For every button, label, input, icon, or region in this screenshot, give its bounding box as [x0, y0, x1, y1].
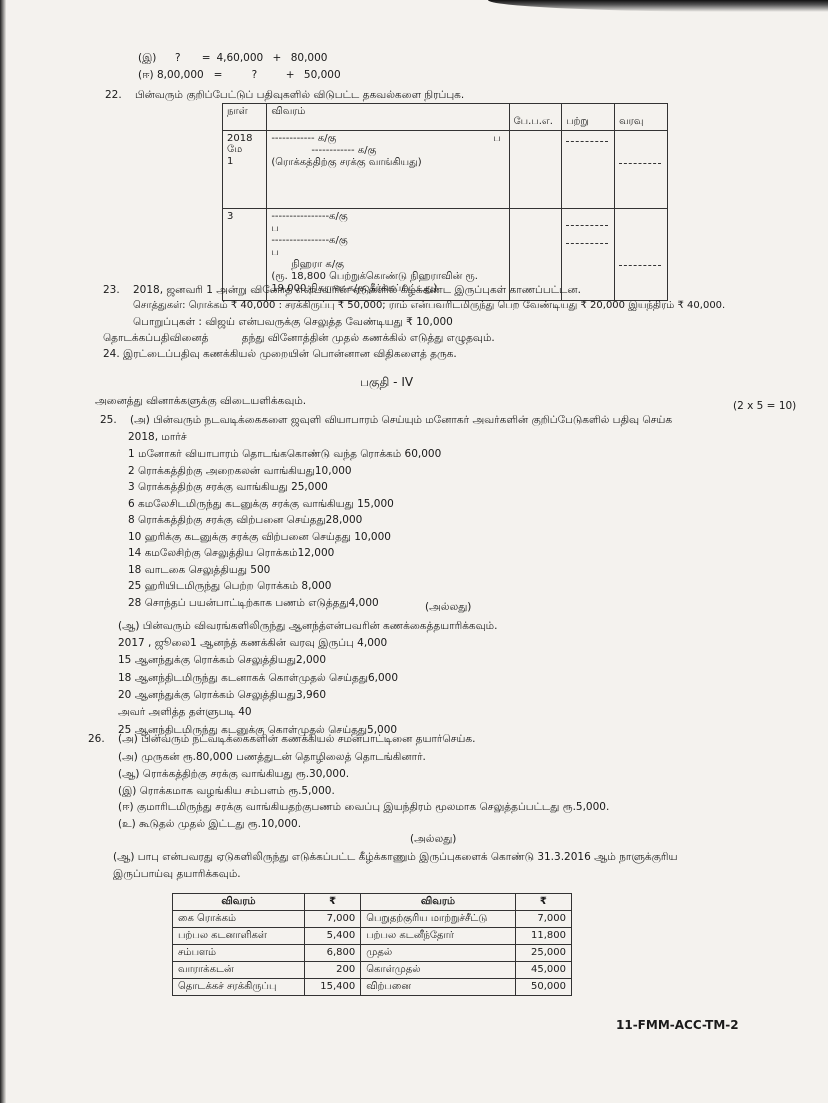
liabilities-line: பொறுப்புகள் : விஜய் என்பவருக்கு செலுத்த …	[133, 316, 453, 329]
credit-line: நிஹரா க/கு	[271, 259, 504, 271]
list-item: 18 ஆனந்திடமிருந்து கடனாகக் கொள்முதல் செய…	[118, 672, 398, 685]
debit-amount: 6,800	[304, 945, 360, 962]
journal-particulars: ------------ க/கு ப ------------ க/கு (ர…	[267, 131, 509, 209]
assets-line: சொத்துகள்: ரொக்கம் ₹ 40,000 : சரக்கிருப்…	[133, 300, 725, 312]
exam-page: (இ) ? = 4,60,000 + 80,000 (ஈ) 8,00,000 =…	[0, 0, 828, 1103]
paper-code: 11-FMM-ACC-TM-2	[616, 1018, 739, 1032]
question-text: இரட்டைப்பதிவு கணக்கியல் முறையின் பொன்னான…	[123, 348, 457, 360]
list-item: 1 மனோகர் வியாபாரம் தொடங்ககொண்டு வந்த ரொக…	[128, 448, 441, 461]
value-a: 8,00,000	[157, 69, 204, 81]
question-text: (அ) பின்வரும் நடவடிக்கைகளை ஜவுளி வியாபார…	[130, 414, 672, 426]
debit-line: ----------------க/கு	[271, 211, 504, 223]
col-credit: வரவு	[615, 104, 668, 131]
credit-cell	[615, 209, 668, 301]
list-item: 3 ரொக்கத்திற்கு சரக்கு வாங்கியது 25,000	[128, 481, 328, 494]
debit-amount: 15,400	[304, 979, 360, 996]
section-instruction: அனைத்து வினாக்களுக்கு விடையளிக்கவும்.	[95, 395, 306, 408]
credit-amount: 25,000	[515, 945, 571, 962]
question-25a: 25.(அ) பின்வரும் நடவடிக்கைகளை ஜவுளி வியா…	[100, 414, 672, 427]
list-item: 10 ஹரிக்கு கடனுக்கு சரக்கு விற்பனை செய்த…	[128, 531, 391, 544]
section-marks: (2 x 5 = 10)	[733, 400, 796, 412]
section-title: பகுதி - IV	[360, 375, 413, 391]
list-item: (உ) கூடுதல் முதல் இட்டது ரூ.10,000.	[118, 818, 301, 831]
question-22: 22.பின்வரும் குறிப்பேட்டுப் பதிவுகளில் வ…	[105, 89, 464, 102]
list-item: 25 ஹரியிடமிருந்து பெற்ற ரொக்கம் 8,000	[128, 580, 331, 593]
blank-line	[619, 265, 661, 266]
table-row: கை ரொக்கம்7,000பெறுதற்குரிய மாற்றுச்சீட்…	[173, 911, 572, 928]
col-lf: பே.ப.எ.	[509, 104, 562, 131]
journal-header-row: நாள் விவரம் பே.ப.எ. பற்று வரவு	[223, 104, 668, 131]
credit-amount: 11,800	[515, 928, 571, 945]
page-edge-shadow	[0, 0, 6, 1103]
table-body: கை ரொக்கம்7,000பெறுதற்குரிய மாற்றுச்சீட்…	[173, 911, 572, 996]
credit-particular: விற்பனை	[361, 979, 515, 996]
credit-particular: கொள்முதல்	[361, 962, 515, 979]
col-particulars: விவரம்	[267, 104, 509, 131]
credit-particular: பற்பல கடனீந்தோர்	[361, 928, 515, 945]
instruction-part: தொடக்கப்பதிவினைத்	[103, 332, 208, 344]
journal-table: நாள் விவரம் பே.ப.எ. பற்று வரவு 2018 மே 1…	[222, 103, 668, 301]
value-a: ?	[160, 52, 196, 64]
blank-line	[566, 225, 608, 226]
credit-amount: 45,000	[515, 962, 571, 979]
question-26b-text-cont: இருப்பாய்வு தயாரிக்கவும்.	[113, 868, 241, 881]
dr-marker: ப	[271, 223, 504, 235]
dr-marker: ப	[493, 133, 500, 145]
journal-date: 2018 மே 1	[223, 131, 267, 209]
list-item: (அ) முருகன் ரூ.80,000 பணத்துடன் தொழிலைத்…	[118, 751, 426, 764]
list-item: (ஆ) ரொக்கத்திற்கு சரக்கு வாங்கியது ரூ.30…	[118, 768, 349, 781]
debit-amount: 7,000	[304, 911, 360, 928]
value-c: 80,000	[291, 52, 328, 64]
col-date: நாள்	[223, 104, 267, 131]
date-year: 2018	[227, 133, 262, 144]
instruction-part: தந்து வினோத்தின் முதல் கணக்கில் எடுத்து …	[242, 332, 495, 344]
question-number: 23.	[103, 284, 133, 296]
trial-balance-table: விவரம் ₹ விவரம் ₹ கை ரொக்கம்7,000பெறுதற்…	[172, 893, 572, 996]
date-day: 1	[227, 156, 262, 167]
credit-line: ------------ க/கு	[271, 145, 504, 157]
list-item: 28 சொந்தப் பயன்பாட்டிற்காக பணம் எடுத்தது…	[128, 597, 379, 610]
col-particulars: விவரம்	[361, 894, 515, 911]
page-corner-shadow	[488, 0, 828, 12]
transaction-date: 2018, மார்ச்	[128, 431, 187, 444]
table-row: வாராக்கடன்200கொள்முதல்45,000	[173, 962, 572, 979]
debit-cell	[562, 131, 615, 209]
question-number: 26.	[88, 733, 118, 745]
dr-marker: ப	[271, 247, 504, 259]
list-item: 2017 , ஜூலை1 ஆனந்த் கணக்கின் வரவு இருப்ப…	[118, 637, 387, 650]
col-amount: ₹	[304, 894, 360, 911]
list-item: 15 ஆனந்துக்கு ரொக்கம் செலுத்தியது2,000	[118, 654, 326, 667]
table-row: பற்பல கடனாளிகள்5,400பற்பல கடனீந்தோர்11,8…	[173, 928, 572, 945]
equals-sign: =	[207, 69, 229, 81]
debit-amount: 5,400	[304, 928, 360, 945]
narration: (ரொக்கத்திற்கு சரக்கு வாங்கியது)	[271, 157, 504, 169]
or-divider: (அல்லது)	[425, 601, 471, 614]
list-item: 18 வாடகை செலுத்தியது 500	[128, 564, 270, 577]
q23-instruction: தொடக்கப்பதிவினைத் தந்து வினோத்தின் முதல்…	[103, 332, 495, 345]
equals-sign: =	[199, 52, 213, 64]
journal-row: 2018 மே 1 ------------ க/கு ப ----------…	[223, 131, 668, 209]
credit-cell	[615, 131, 668, 209]
debit-line: ----------------க/கு	[271, 235, 504, 247]
table-row: சம்பளம்6,800முதல்25,000	[173, 945, 572, 962]
question-24: 24. இரட்டைப்பதிவு கணக்கியல் முறையின் பொன…	[103, 348, 457, 361]
value-b: 4,60,000	[216, 52, 263, 64]
plus-sign: +	[273, 52, 282, 64]
question-23: 23.2018, ஜனவரி 1 அன்று வினோத் என்பவரின் …	[103, 284, 581, 297]
credit-amount: 50,000	[515, 979, 571, 996]
debit-particular: தொடக்கச் சரக்கிருப்பு	[173, 979, 305, 996]
list-item: 20 ஆனந்துக்கு ரொக்கம் செலுத்தியது3,960	[118, 689, 326, 702]
debit-line: ------------ க/கு	[271, 133, 504, 145]
debit-particular: கை ரொக்கம்	[173, 911, 305, 928]
credit-particular: முதல்	[361, 945, 515, 962]
value-b: ?	[232, 69, 276, 81]
list-item: (இ) ரொக்கமாக வழங்கிய சம்பளம் ரூ.5,000.	[118, 785, 335, 798]
col-particulars: விவரம்	[173, 894, 305, 911]
debit-particular: சம்பளம்	[173, 945, 305, 962]
list-item: அவர் அளித்த தள்ளுபடி 40	[118, 706, 252, 719]
blank-line	[566, 141, 608, 142]
value-c: 50,000	[304, 69, 341, 81]
list-item: 2 ரொக்கத்திற்கு அறைகலன் வாங்கியது10,000	[128, 465, 352, 478]
question-25b-text: (ஆ) பின்வரும் விவரங்களிலிருந்து ஆனந்த்என…	[118, 620, 497, 633]
list-item: 6 கமலேசிடமிருந்து கடனுக்கு சரக்கு வாங்கி…	[128, 498, 394, 511]
debit-particular: பற்பல கடனாளிகள்	[173, 928, 305, 945]
list-item: 8 ரொக்கத்திற்கு சரக்கு விற்பனை செய்தது28…	[128, 514, 362, 527]
blank-line	[566, 243, 608, 244]
table-header-row: விவரம் ₹ விவரம் ₹	[173, 894, 572, 911]
question-26a: 26.(அ) பின்வரும் நடவடிக்கைகளின் கணக்கியல…	[88, 733, 475, 746]
question-number: 25.	[100, 414, 130, 426]
table-row: தொடக்கச் சரக்கிருப்பு15,400விற்பனை50,000	[173, 979, 572, 996]
question-text: பின்வரும் குறிப்பேட்டுப் பதிவுகளில் விடு…	[135, 89, 464, 101]
or-divider: (அல்லது)	[410, 833, 456, 846]
narration: (ரூ. 18,800 பெற்றுக்கொண்டு நிஹராவின் ரூ.	[271, 271, 504, 283]
list-item: 14 கமலேசிற்கு செலுத்திய ரொக்கம்12,000	[128, 547, 334, 560]
question-26b-text: (ஆ) பாபு என்பவரது ஏடுகளிலிருந்து எடுக்கப…	[113, 851, 677, 864]
question-number: 24.	[103, 348, 120, 360]
credit-amount: 7,000	[515, 911, 571, 928]
question-number: 22.	[105, 89, 135, 101]
plus-sign: +	[286, 69, 295, 81]
q21-item-ii: (ஈ) 8,00,000 = ? + 50,000	[138, 69, 341, 82]
credit-particular: பெறுதற்குரிய மாற்றுச்சீட்டு	[361, 911, 515, 928]
lf-cell	[509, 131, 562, 209]
debit-particular: வாராக்கடன்	[173, 962, 305, 979]
q21-item-i: (இ) ? = 4,60,000 + 80,000	[138, 52, 327, 65]
col-debit: பற்று	[562, 104, 615, 131]
date-day: 3	[227, 211, 262, 222]
question-text: 2018, ஜனவரி 1 அன்று வினோத் என்பவரின் ஏடு…	[133, 284, 581, 296]
question-text: (அ) பின்வரும் நடவடிக்கைகளின் கணக்கியல் ச…	[118, 733, 475, 745]
debit-amount: 200	[304, 962, 360, 979]
list-item: (ஈ) குமாரிடமிருந்து சரக்கு வாங்கியதற்குப…	[118, 801, 609, 814]
item-label: (ஈ)	[138, 69, 154, 81]
blank-line	[619, 163, 661, 164]
date-month: மே	[227, 144, 262, 156]
item-label: (இ)	[138, 52, 156, 64]
col-amount: ₹	[515, 894, 571, 911]
